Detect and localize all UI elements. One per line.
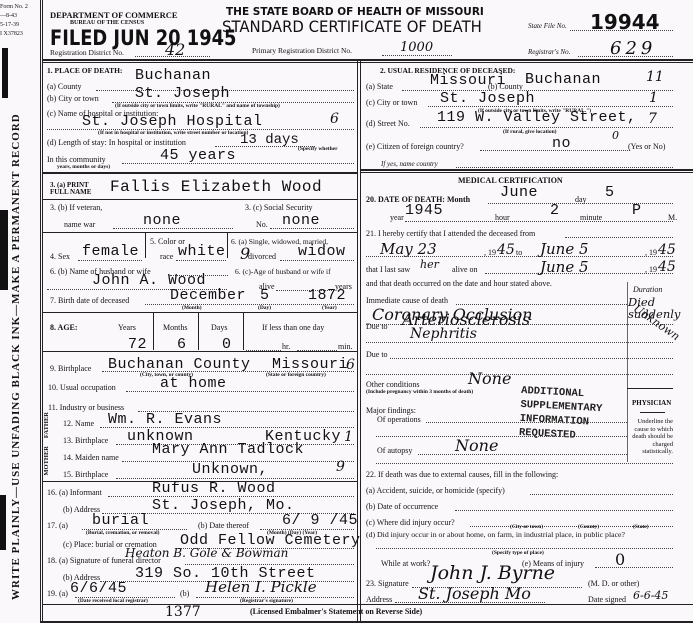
registration-district-no: 42 (165, 40, 185, 59)
mother-maiden-name: Mary Ann Tadlock (152, 441, 304, 458)
department: DEPARTMENT OF COMMERCE (50, 10, 178, 20)
birthplace-state: Missouri (272, 356, 348, 373)
citizen-foreign: no (552, 135, 571, 152)
physician-note: Underline the cause to which death shoul… (629, 418, 673, 456)
birth-day: 5 (260, 287, 270, 304)
community-label: In this community (47, 155, 106, 164)
last-saw-date: June 5 (540, 258, 589, 276)
disposal: burial (92, 512, 149, 529)
other-conditions: None (468, 369, 511, 388)
disposal-date: 6/ 9 /45 (282, 512, 358, 529)
place-of-death-heading: 1. PLACE OF DEATH: (47, 66, 122, 75)
due-to-1b: Nephritis (410, 326, 477, 342)
county-label: (a) County (47, 82, 81, 91)
margin-instruction: WRITE PLAINLY—USE UNFADING BLACK INK—MAK… (10, 113, 22, 600)
registrar-label: Registrar's No. (528, 48, 570, 56)
death-year: 1945 (405, 202, 443, 219)
death-month: June (500, 184, 538, 201)
death-hospital: St. Joseph Hospital (82, 113, 263, 130)
ink-mark (0, 210, 8, 290)
certificate-title: STANDARD CERTIFICATE OF DEATH (222, 17, 482, 36)
bottom-number: 1377 (165, 604, 201, 620)
birthplace-city: Buchanan County (108, 356, 251, 373)
mother-birthplace: Unknown, (192, 461, 268, 478)
ink-mark (0, 495, 6, 550)
received-date: 6/6/45 (70, 580, 127, 597)
social-security: none (282, 212, 320, 229)
veteran-war: none (143, 212, 181, 229)
state-file-no: 19944 (590, 10, 660, 34)
form-codes: Form No. 2 —8-43 5-17-39 I X37823 (0, 3, 28, 39)
race: white (178, 243, 226, 260)
primary-registration-label: Primary Registration District No. (252, 46, 352, 55)
filed-stamp: FILED JUN 20 1945 (50, 26, 236, 50)
physician-heading: PHYSICIAN (632, 399, 671, 407)
sex: female (82, 243, 139, 260)
autopsy-findings: None (455, 436, 498, 455)
primary-registration-no: 1000 (400, 40, 433, 55)
community: 45 years (160, 147, 236, 164)
death-hour: 2 (550, 202, 560, 219)
informant-address: St. Joseph, Mo. (152, 497, 295, 514)
father-name: Wm. R. Evans (108, 411, 222, 428)
death-minute: P (632, 202, 642, 219)
funeral-director-signature: Heaton B. Gole & Bowman (125, 546, 288, 560)
left-margin: Form No. 2 —8-43 5-17-39 I X37823 WRITE … (0, 0, 40, 623)
footer-note: (Licensed Embalmer's Statement on Revers… (250, 607, 422, 616)
registrar-no: 629 (610, 38, 656, 59)
registrar-signature: Helen I. Pickle (205, 578, 317, 596)
birth-year: 1872 (308, 287, 346, 304)
registration-district-label: Registration District No. (50, 48, 124, 57)
ink-mark (2, 48, 8, 98)
death-city: St. Joseph (135, 85, 230, 102)
full-name: Fallis Elizabeth Wood (110, 178, 322, 196)
stay: 13 days (240, 132, 299, 148)
marital-status: widow (298, 243, 346, 260)
date-signed: 6-6-45 (633, 589, 668, 602)
death-county: Buchanan (135, 67, 211, 84)
residence-street: 119 W. Valley Street, (437, 109, 637, 126)
informant-name: Rufus R. Wood (152, 480, 276, 497)
occupation: at home (160, 375, 227, 392)
physician-address: St. Joseph Mo (418, 584, 531, 603)
birth-month: December (170, 287, 246, 304)
physician-signature: John J. Byrne (430, 562, 555, 584)
stay-label: (d) Length of stay: In hospital or insti… (47, 138, 186, 147)
residence-county: Buchanan (525, 71, 601, 88)
death-day: 5 (605, 184, 615, 201)
attended-to: June 5 (540, 240, 589, 258)
residence-city: St. Joseph (440, 90, 535, 107)
city-label: (b) City or town (47, 94, 99, 103)
state-file-label: State File No. (528, 22, 567, 30)
